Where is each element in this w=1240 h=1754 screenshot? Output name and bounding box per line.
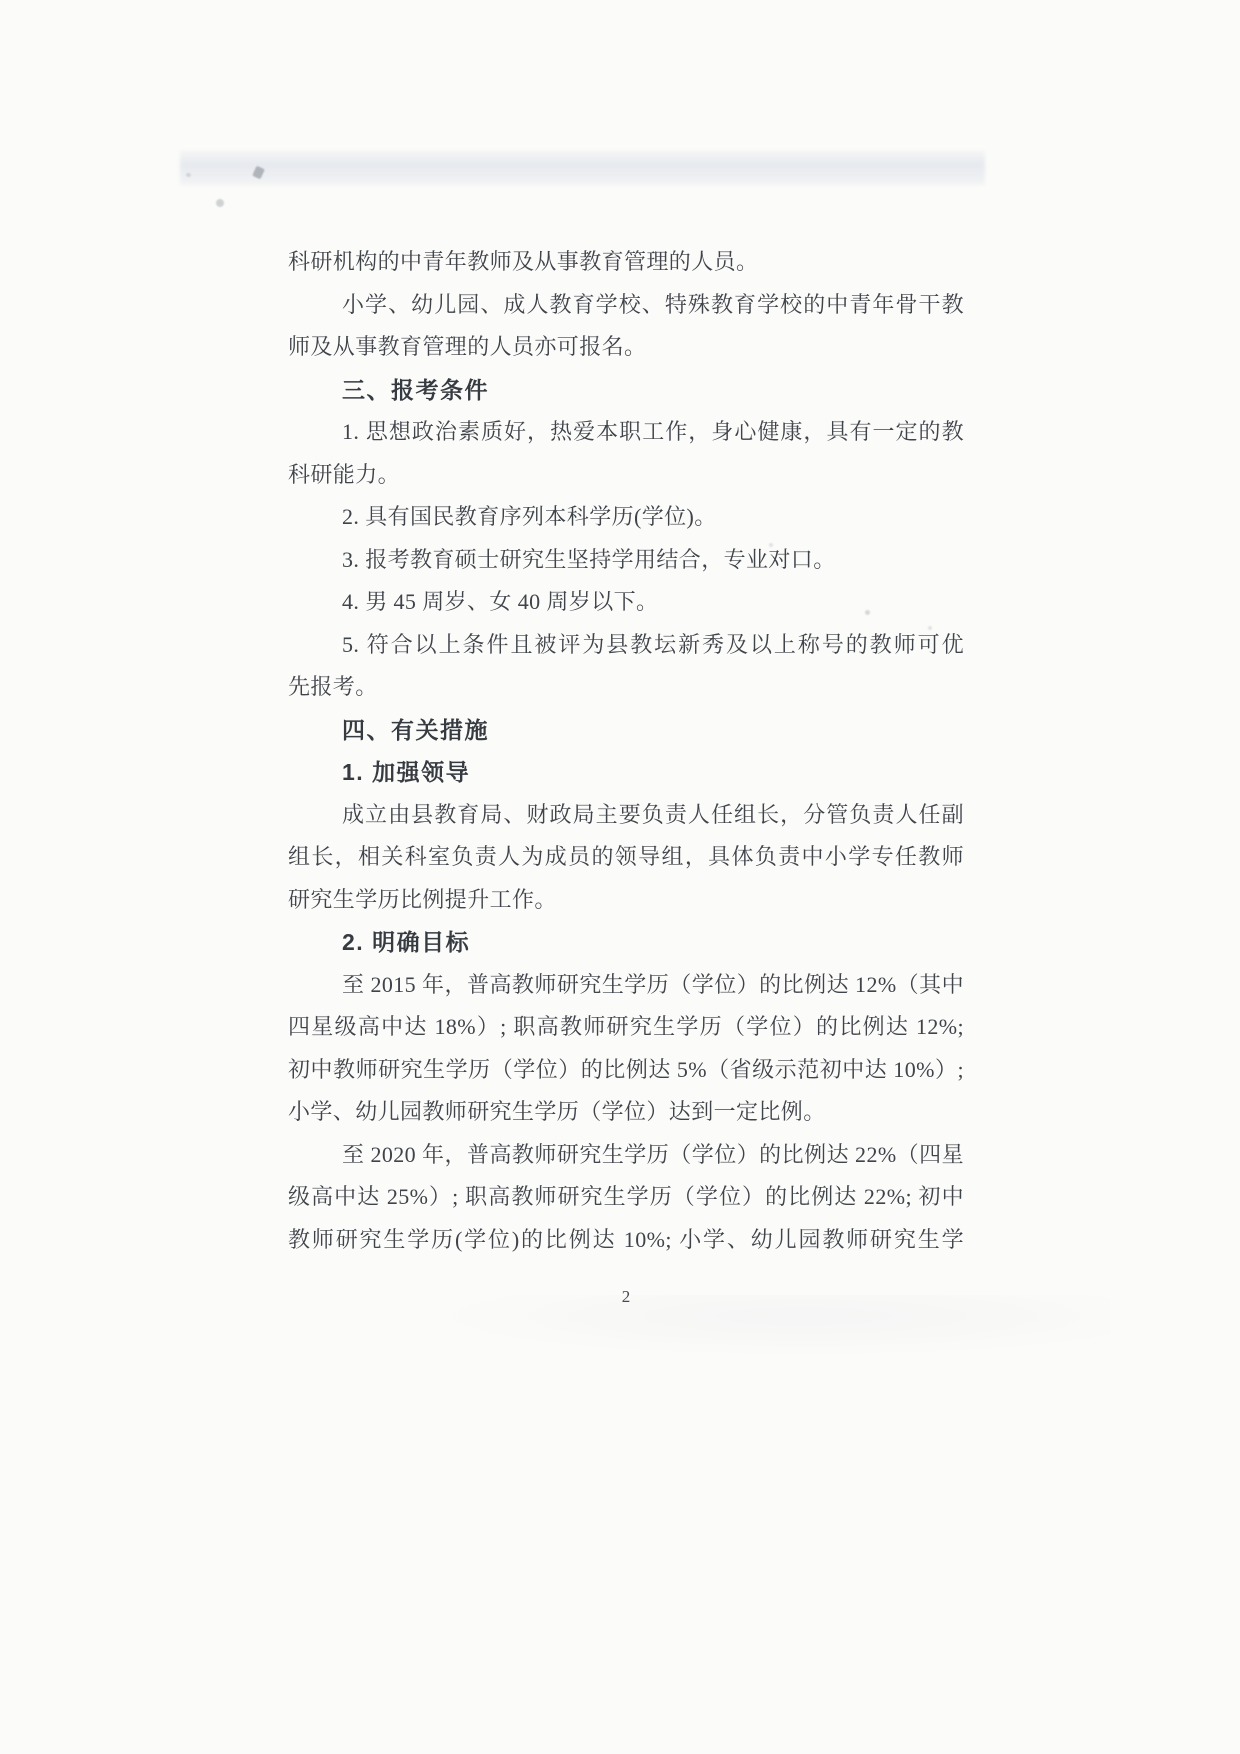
text-line: 5. 符合以上条件且被评为县教坛新秀及以上称号的教师可优	[288, 624, 964, 667]
text-line: 级高中达 25%）; 职高教师研究生学历（学位）的比例达 22%; 初中	[288, 1176, 964, 1219]
section-heading: 三、报考条件	[288, 369, 964, 412]
text-line: 4. 男 45 周岁、女 40 周岁以下。	[288, 581, 964, 624]
text-line: 至 2020 年，普高教师研究生学历（学位）的比例达 22%（四星	[288, 1134, 964, 1177]
text-line: 四星级高中达 18%）; 职高教师研究生学历（学位）的比例达 12%;	[288, 1006, 964, 1049]
ink-speck	[186, 173, 191, 177]
text-line: 科研机构的中青年教师及从事教育管理的人员。	[288, 241, 964, 284]
document-text: 科研机构的中青年教师及从事教育管理的人员。小学、幼儿园、成人教育学校、特殊教育学…	[288, 241, 964, 1261]
text-line: 教师研究生学历(学位)的比例达 10%; 小学、幼儿园教师研究生学	[288, 1219, 964, 1262]
text-line: 3. 报考教育硕士研究生坚持学用结合，专业对口。	[288, 539, 964, 582]
text-line: 组长，相关科室负责人为成员的领导组，具体负责中小学专任教师	[288, 836, 964, 879]
text-line: 小学、幼儿园教师研究生学历（学位）达到一定比例。	[288, 1091, 964, 1134]
text-line: 小学、幼儿园、成人教育学校、特殊教育学校的中青年骨干教	[288, 284, 964, 327]
text-line: 先报考。	[288, 666, 964, 709]
text-line: 至 2015 年，普高教师研究生学历（学位）的比例达 12%（其中	[288, 964, 964, 1007]
text-line: 科研能力。	[288, 454, 964, 497]
document-page: 科研机构的中青年教师及从事教育管理的人员。小学、幼儿园、成人教育学校、特殊教育学…	[0, 0, 1240, 1754]
text-line: 2. 具有国民教育序列本科学历(学位)。	[288, 496, 964, 539]
section-heading: 2. 明确目标	[288, 921, 964, 964]
section-heading: 四、有关措施	[288, 709, 964, 752]
scan-artifact-band	[180, 151, 985, 185]
text-line: 初中教师研究生学历（学位）的比例达 5%（省级示范初中达 10%）;	[288, 1049, 964, 1092]
text-line: 1. 思想政治素质好，热爱本职工作，身心健康，具有一定的教	[288, 411, 964, 454]
text-line: 研究生学历比例提升工作。	[288, 879, 964, 922]
ink-speck	[216, 199, 224, 207]
text-line: 成立由县教育局、财政局主要负责人任组长，分管负责人任副	[288, 794, 964, 837]
page-number: 2	[288, 1287, 964, 1307]
text-line: 师及从事教育管理的人员亦可报名。	[288, 326, 964, 369]
section-heading: 1. 加强领导	[288, 751, 964, 794]
